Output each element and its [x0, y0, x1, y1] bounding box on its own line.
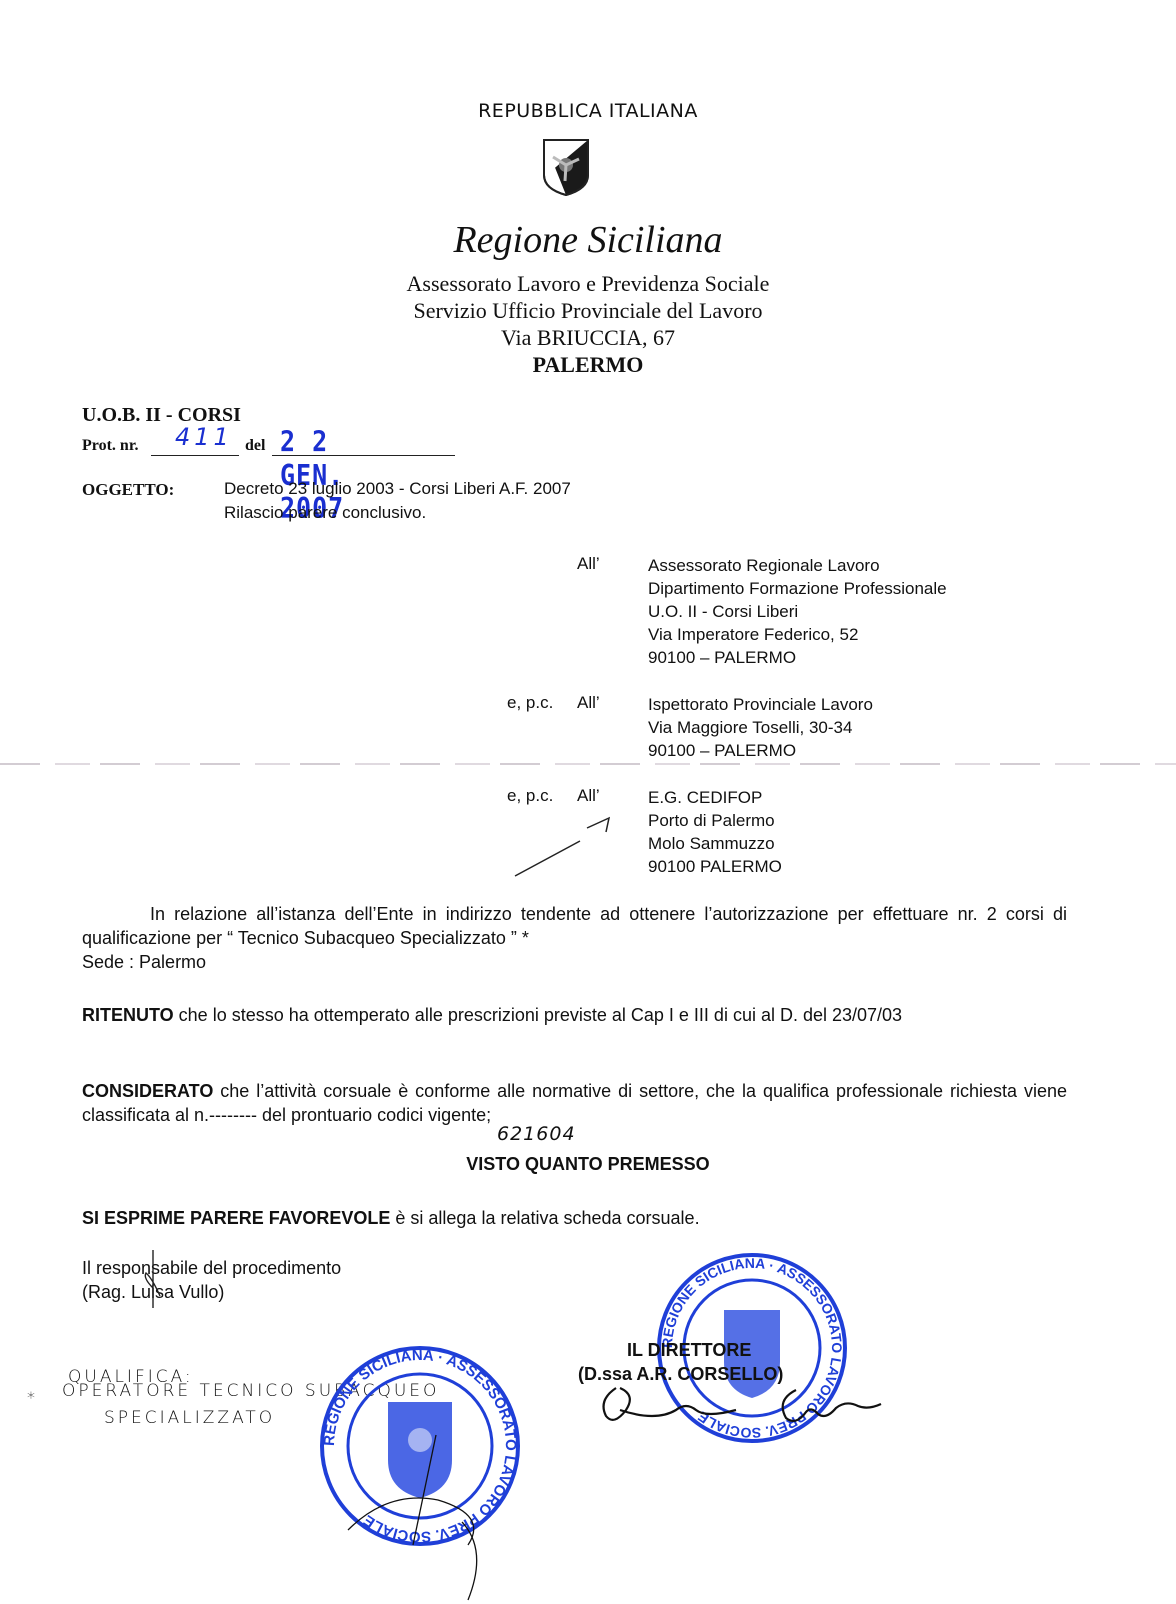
cc-label: e, p.c.: [507, 786, 553, 806]
asterisk-mark: *: [27, 1388, 38, 1407]
recipient-line: E.G. CEDIFOP: [648, 786, 782, 809]
handwritten-note-qualification-cont: SPECIALIZZATO: [104, 1408, 275, 1428]
ritenuto-lead: RITENUTO: [82, 1005, 174, 1025]
recipient-line: 90100 – PALERMO: [648, 739, 873, 762]
subject-label: OGGETTO:: [82, 480, 174, 500]
address-line: Via BRIUCCIA, 67: [0, 325, 1176, 351]
responsible-title: Il responsabile del procedimento: [82, 1258, 341, 1279]
location-text: Sede : Palermo: [82, 952, 206, 972]
director-signature-icon: [596, 1380, 886, 1430]
recipient-to-label: All’: [577, 786, 600, 806]
ritenuto-paragraph: RITENUTO che lo stesso ha ottemperato al…: [82, 1003, 1067, 1027]
decision-line: SI ESPRIME PARERE FAVOREVOLE è si allega…: [82, 1208, 700, 1229]
recipient-line: Ispettorato Provinciale Lavoro: [648, 693, 873, 716]
pen-stroke-icon: [460, 1520, 490, 1604]
service-line: Servizio Ufficio Provinciale del Lavoro: [0, 298, 1176, 324]
cc-label: e, p.c.: [507, 693, 553, 713]
recipient-line: Porto di Palermo: [648, 809, 782, 832]
recipient-address: Ispettorato Provinciale Lavoro Via Maggi…: [648, 693, 873, 762]
recipient-line: Molo Sammuzzo: [648, 832, 782, 855]
request-text: In relazione all’istanza dell’Ente in in…: [82, 904, 1067, 948]
protocol-number-underline: [151, 455, 239, 456]
recipient-line: Assessorato Regionale Lavoro: [648, 554, 947, 577]
ritenuto-text: che lo stesso ha ottemperato alle prescr…: [174, 1005, 902, 1025]
considerato-paragraph: CONSIDERATO che l’attività corsuale è co…: [82, 1079, 1067, 1127]
considerato-lead: CONSIDERATO: [82, 1081, 213, 1101]
republic-heading: REPUBBLICA ITALIANA: [0, 100, 1176, 122]
recipient-line: U.O. II - Corsi Liberi: [648, 600, 947, 623]
official-stamp-left: REGIONE SICILIANA · ASSESSORATO LAVORO P…: [318, 1340, 522, 1552]
handwritten-arrow-icon: [505, 808, 620, 880]
decision-lead: SI ESPRIME PARERE FAVOREVOLE: [82, 1208, 390, 1228]
recipient-line: Dipartimento Formazione Professionale: [648, 577, 947, 600]
decision-text: è si allega la relativa scheda corsuale.: [390, 1208, 699, 1228]
trinacria-crest-icon: [541, 137, 591, 197]
region-name: Regione Siciliana: [0, 218, 1176, 262]
request-paragraph: In relazione all’istanza dell’Ente in in…: [82, 902, 1067, 974]
handwritten-qualification-code: 621604: [497, 1123, 576, 1145]
recipient-line: Via Maggiore Toselli, 30-34: [648, 716, 873, 739]
considerato-text: che l’attività corsuale è conforme alle …: [82, 1081, 1067, 1125]
subject-line: Rilascio parere conclusivo.: [224, 503, 426, 523]
visto-heading: VISTO QUANTO PREMESSO: [0, 1154, 1176, 1175]
director-title: IL DIRETTORE: [627, 1340, 751, 1361]
protocol-number-handwritten: 411: [175, 423, 233, 451]
scan-fold-line: [0, 763, 1176, 765]
initials-signature-icon: [138, 1248, 168, 1312]
department-line: Assessorato Lavoro e Previdenza Sociale: [0, 271, 1176, 297]
recipient-line: 90100 PALERMO: [648, 855, 782, 878]
recipient-address: E.G. CEDIFOP Porto di Palermo Molo Sammu…: [648, 786, 782, 878]
recipient-to-label: All’: [577, 693, 600, 713]
subject-line: Decreto 23 luglio 2003 - Corsi Liberi A.…: [224, 479, 571, 499]
date-label: del: [245, 437, 265, 455]
recipient-to-label: All’: [577, 554, 600, 574]
city-heading: PALERMO: [0, 352, 1176, 378]
recipient-line: 90100 – PALERMO: [648, 646, 947, 669]
recipient-address: Assessorato Regionale Lavoro Dipartiment…: [648, 554, 947, 669]
recipient-line: Via Imperatore Federico, 52: [648, 623, 947, 646]
protocol-label: Prot. nr.: [82, 437, 138, 455]
